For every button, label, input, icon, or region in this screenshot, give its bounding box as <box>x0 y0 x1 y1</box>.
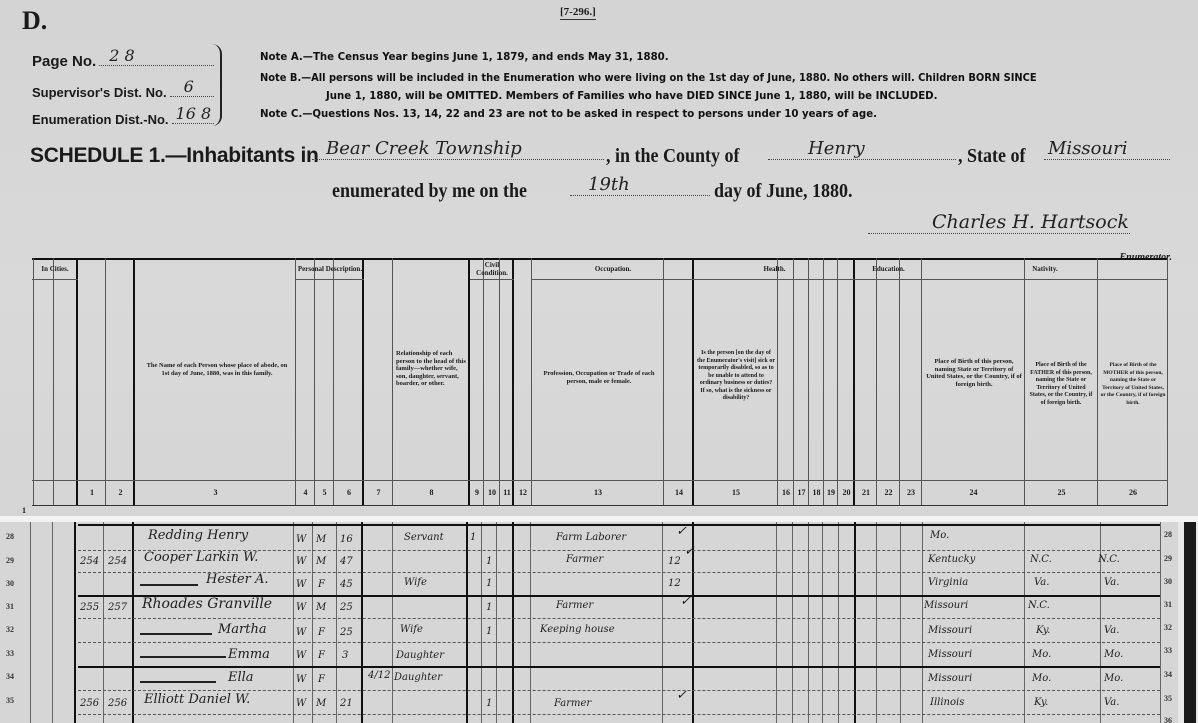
birthplace-cell: Missouri <box>928 625 972 636</box>
township-value: Bear Creek Township <box>326 138 522 159</box>
line-number: 29 <box>6 556 14 565</box>
page-number-label: Page No. <box>32 53 96 70</box>
color-cell: W <box>296 579 306 590</box>
sex-cell: F <box>318 627 325 638</box>
married-cell: 1 <box>486 698 492 709</box>
page-number-field: Page No. 2 8 <box>32 52 214 70</box>
group-education: Education. <box>855 258 922 280</box>
col-num-16: 16 <box>778 488 794 497</box>
color-cell: W <box>296 627 306 638</box>
page-number-value: 2 8 <box>109 46 134 65</box>
col-num-14: 14 <box>664 488 694 497</box>
occupation-cell: Farmer <box>556 600 593 611</box>
col-num-26: 26 <box>1098 488 1168 497</box>
col-num-24: 24 <box>922 488 1025 497</box>
single-cell: 1 <box>470 532 476 543</box>
state-value: Missouri <box>1048 138 1127 159</box>
line-number-right: 32 <box>1164 623 1172 632</box>
header-profession: Profession, Occupation or Trade of each … <box>537 370 661 385</box>
father-birthplace-cell: N.C. <box>1030 554 1052 565</box>
line-number: 30 <box>6 579 14 588</box>
father-birthplace-cell: Mo. <box>1032 649 1051 660</box>
person-name: Emma <box>228 647 270 662</box>
header-father-birthplace: Place of Birth of the FATHER of this per… <box>1028 362 1094 407</box>
col-num-6: 6 <box>334 488 364 497</box>
birthplace-cell: Kentucky <box>928 554 975 565</box>
enumeration-district-value: 16 8 <box>176 104 212 123</box>
group-occupation: Occupation. <box>532 258 694 280</box>
county-value: Henry <box>808 138 865 159</box>
mother-birthplace-cell: Mo. <box>1104 673 1123 684</box>
form-number: [7-296.] <box>560 6 596 20</box>
group-personal-description: Personal Description. <box>296 258 364 280</box>
person-name: Hester A. <box>206 572 269 587</box>
township-field: Bear Creek Township <box>312 142 604 160</box>
col-num-15: 15 <box>694 488 778 497</box>
state-label: , State of <box>958 145 1025 168</box>
col-num-19: 19 <box>824 488 838 497</box>
col-num-1: 1 <box>78 488 106 497</box>
ditto-line <box>140 656 226 658</box>
col-num-17: 17 <box>794 488 809 497</box>
color-cell: W <box>296 534 306 545</box>
married-cell: 1 <box>486 602 492 613</box>
check-mark: ✓ <box>676 524 687 539</box>
day-field: 19th <box>570 178 710 196</box>
sex-cell: F <box>318 650 325 661</box>
person-name: Rhoades Granville <box>142 596 272 612</box>
birthplace-cell: Missouri <box>928 673 972 684</box>
group-civil-condition: Civil Condition. <box>470 258 514 280</box>
mother-birthplace-cell: Va. <box>1104 577 1119 588</box>
col-num-7: 7 <box>364 488 393 497</box>
header-sick: Is the person [on the day of the Enumera… <box>697 350 775 403</box>
birthplace-cell: Missouri <box>928 649 972 660</box>
col-num-20: 20 <box>838 488 855 497</box>
dwelling-cell: 255 <box>80 602 99 613</box>
ditto-line <box>140 584 198 586</box>
header-mother-birthplace: Place of Birth of the MOTHER of this per… <box>1100 362 1166 407</box>
sex-cell: M <box>316 534 326 545</box>
birthplace-cell: Missouri <box>924 600 968 611</box>
col-num-3: 3 <box>135 488 296 497</box>
color-cell: W <box>296 698 306 709</box>
birthplace-cell: Illinois <box>930 697 964 708</box>
line-number-right: 34 <box>1164 670 1172 679</box>
mother-birthplace-cell: N.C. <box>1098 554 1120 565</box>
group-nativity: Nativity. <box>922 258 1168 280</box>
page-edge <box>1178 522 1198 723</box>
sex-cell: F <box>318 674 325 685</box>
occupation-cell: Farmer <box>554 698 591 709</box>
mother-birthplace-cell: Mo. <box>1104 649 1123 660</box>
relationship-cell: Daughter <box>396 650 444 661</box>
first-row-number: 1 <box>22 506 26 515</box>
married-cell: 1 <box>486 578 492 589</box>
relationship-cell: Wife <box>404 577 427 588</box>
color-cell: W <box>296 556 306 567</box>
check-mark: ✓ <box>676 688 687 703</box>
father-birthplace-cell: Va. <box>1034 577 1049 588</box>
father-birthplace-cell: Mo. <box>1032 673 1051 684</box>
sex-cell: M <box>316 556 326 567</box>
father-birthplace-cell: N.C. <box>1028 600 1050 611</box>
enumerator-signature: Charles H. Hartsock <box>932 211 1129 233</box>
county-field: Henry <box>768 142 956 160</box>
birthplace-cell: Virginia <box>928 577 968 588</box>
age-cell: 21 <box>340 698 353 709</box>
line-number: 33 <box>6 649 14 658</box>
col-num-8: 8 <box>393 488 470 497</box>
relationship-cell: Daughter <box>394 672 442 683</box>
col-num-2: 2 <box>106 488 135 497</box>
father-birthplace-cell: Ky. <box>1036 625 1050 636</box>
state-field: Missouri <box>1044 142 1170 160</box>
sex-cell: M <box>316 602 326 613</box>
person-name: Martha <box>218 622 267 637</box>
sex-cell: M <box>316 698 326 709</box>
note-b-continued: June 1, 1880, will be OMITTED. Members o… <box>326 91 938 102</box>
check-mark: ✓ <box>684 544 695 559</box>
supervisor-district-field: Supervisor's Dist. No. 6 <box>32 83 214 100</box>
col-num-12: 12 <box>514 488 532 497</box>
group-in-cities: In Cities. <box>32 258 78 280</box>
col-num-5: 5 <box>315 488 334 497</box>
family-cell: 256 <box>108 698 127 709</box>
line-number-right: 33 <box>1164 646 1172 655</box>
line-number: 35 <box>6 696 14 705</box>
header-name: The Name of each Person whose place of a… <box>142 362 292 377</box>
header-relationship: Relationship of each person to the head … <box>396 350 466 388</box>
color-cell: W <box>296 650 306 661</box>
col-num-9: 9 <box>470 488 484 497</box>
relationship-cell: Servant <box>404 532 444 543</box>
supervisor-district-label: Supervisor's Dist. No. <box>32 85 167 100</box>
family-cell: 254 <box>108 556 127 567</box>
group-health: Health. <box>694 258 855 280</box>
father-birthplace-cell: Ky. <box>1034 697 1048 708</box>
color-cell: W <box>296 674 306 685</box>
col-num-22: 22 <box>877 488 900 497</box>
ditto-line <box>140 681 216 683</box>
note-a: Note A.—The Census Year begins June 1, 1… <box>260 52 669 63</box>
married-cell: 1 <box>486 556 492 567</box>
header-birthplace: Place of Birth of this person, naming St… <box>926 358 1022 388</box>
enumeration-district-field: Enumeration Dist.-No. 16 8 <box>32 110 214 127</box>
col-num-11: 11 <box>500 488 514 497</box>
col-num-10: 10 <box>484 488 500 497</box>
line-number-right: 29 <box>1164 554 1172 563</box>
day-value: 19th <box>588 174 630 195</box>
col-num-4: 4 <box>296 488 315 497</box>
ditto-line <box>140 633 212 635</box>
born-month-cell: 4/12 <box>368 670 390 681</box>
col-num-23: 23 <box>900 488 922 497</box>
line-number-right: 28 <box>1164 530 1172 539</box>
occupation-cell: Farmer <box>566 554 603 565</box>
line-number: 31 <box>6 602 14 611</box>
col-num-13: 13 <box>532 488 664 497</box>
line-number: 28 <box>6 532 14 541</box>
birthplace-cell: Mo. <box>930 530 949 541</box>
age-cell: 25 <box>340 627 353 638</box>
person-name: Redding Henry <box>148 528 248 543</box>
corner-letter: D. <box>22 6 47 36</box>
mother-birthplace-cell: Va. <box>1104 625 1119 636</box>
line-number-right: 35 <box>1164 694 1172 703</box>
line-number: 34 <box>6 672 14 681</box>
age-cell: 25 <box>340 602 353 613</box>
age-cell: 16 <box>340 534 353 545</box>
line-number: 32 <box>6 625 14 634</box>
census-table-body: 28 29 30 31 32 33 34 35 28 29 30 31 32 3… <box>0 522 1198 723</box>
married-cell: 1 <box>486 626 492 637</box>
col-num-21: 21 <box>855 488 877 497</box>
family-cell: 257 <box>108 602 127 613</box>
mother-birthplace-cell: Va. <box>1104 697 1119 708</box>
line-number-right: 31 <box>1164 600 1172 609</box>
dwelling-cell: 254 <box>80 556 99 567</box>
check-mark: ✓ <box>680 594 691 609</box>
census-page: D. [7-296.] Page No. 2 8 Supervisor's Di… <box>0 0 1198 723</box>
note-c: Note C.—Questions Nos. 13, 14, 22 and 23… <box>260 109 877 120</box>
day-suffix: day of June, 1880. <box>714 180 853 203</box>
unemployed-cell: 12 <box>668 578 681 589</box>
enumeration-district-label: Enumeration Dist.-No. <box>32 112 169 127</box>
age-cell: 45 <box>340 579 353 590</box>
col-num-18: 18 <box>809 488 824 497</box>
schedule-title-text: SCHEDULE 1.—Inhabitants in <box>30 144 319 167</box>
age-cell: 47 <box>340 556 353 567</box>
brace <box>212 44 222 126</box>
line-number-right: 36 <box>1164 716 1172 723</box>
note-b: Note B.—All persons will be included in … <box>260 73 1037 84</box>
color-cell: W <box>296 602 306 613</box>
supervisor-district-value: 6 <box>184 77 194 96</box>
county-label: , in the County of <box>606 145 740 168</box>
unemployed-cell: 12 <box>668 556 681 567</box>
line-number-right: 30 <box>1164 577 1172 586</box>
occupation-cell: Keeping house <box>540 624 615 635</box>
person-name: Cooper Larkin W. <box>144 550 258 565</box>
relationship-cell: Wife <box>400 624 423 635</box>
col-num-25: 25 <box>1025 488 1098 497</box>
sex-cell: F <box>318 579 325 590</box>
occupation-cell: Farm Laborer <box>556 532 626 543</box>
enumerated-label: enumerated by me on the <box>332 180 527 203</box>
schedule-title: SCHEDULE 1.—Inhabitants in <box>30 144 319 168</box>
person-name: Ella <box>228 670 254 685</box>
person-name: Elliott Daniel W. <box>144 692 250 707</box>
age-cell: 3 <box>342 650 348 661</box>
enumerator-signature-field: Charles H. Hartsock <box>868 216 1130 234</box>
dwelling-cell: 256 <box>80 698 99 709</box>
